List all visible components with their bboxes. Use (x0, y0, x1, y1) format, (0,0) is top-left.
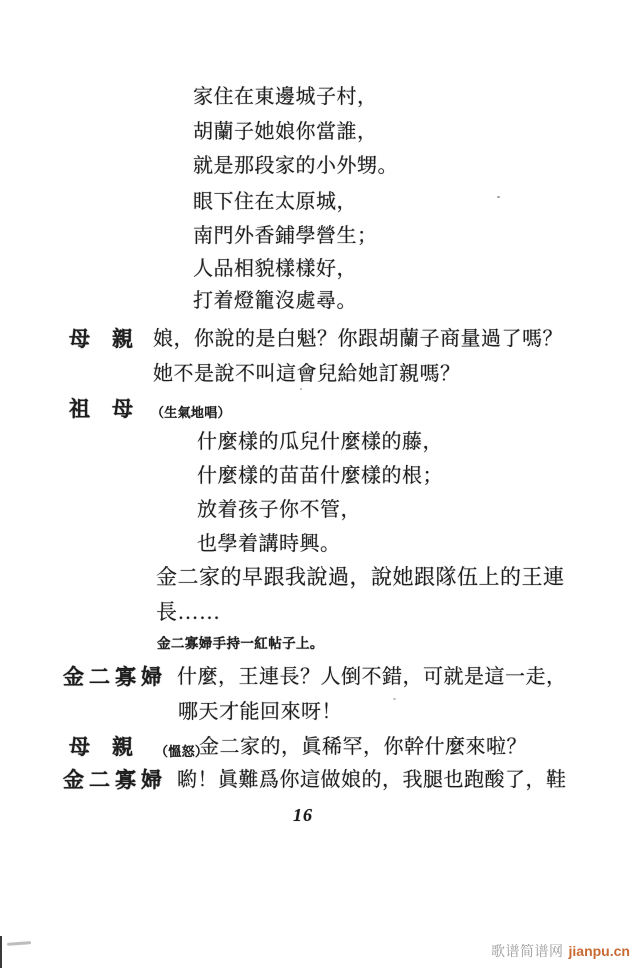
watermark-site-url: jianpu.cn (569, 943, 630, 959)
dialogue-line: 娘，你說的是白魁？你跟胡蘭子商量過了嗎？ (153, 328, 563, 350)
scanned-script-page: 家住在東邊城子村， 胡蘭子她娘你當誰， 就是那段家的小外甥。 眼下住在太原城， … (0, 0, 640, 968)
verse-line: 放着孩子你不管， (197, 499, 361, 521)
scan-artifact-dot (300, 388, 302, 390)
dialogue-line: 她不是說不叫這會兒給她訂親嗎？ (153, 363, 461, 385)
stage-direction: 金二寡婦手持一紅帖子上。 (157, 633, 324, 655)
verse-line: 人品相貌樣樣好， (193, 258, 357, 280)
speaker-name: 母 親 (69, 736, 134, 758)
verse-line: 也學着講時興。 (197, 533, 341, 555)
stage-direction-inline: （生氣地唱） (151, 402, 231, 424)
scan-artifact-dot (393, 698, 396, 700)
scan-artifact-edge (0, 936, 2, 968)
page-number: 16 (293, 805, 313, 826)
scan-artifact-dot (497, 196, 500, 198)
verse-line: 家住在東邊城子村， (193, 86, 378, 108)
verse-line: 胡蘭子她娘你當誰， (193, 121, 378, 143)
dialogue-line: 什麼，王連長？人倒不錯，可就是這一走， (177, 666, 567, 688)
speaker-name: 母 親 (69, 328, 134, 350)
verse-line: 什麼樣的瓜兒什麼樣的藤， (197, 431, 443, 453)
verse-line: 就是那段家的小外甥。 (193, 155, 398, 177)
watermark-site-name: 歌谱简谱网 (491, 943, 564, 959)
scan-artifact-smudge (7, 941, 31, 946)
speech-line: 長…… (156, 601, 221, 623)
watermark: 歌谱简谱网jianpu.cn (491, 941, 630, 961)
speaker-name: 金二寡婦 (63, 666, 167, 688)
verse-line: 南門外香鋪學營生； (193, 225, 378, 247)
dialogue-line: 金二家的，眞稀罕，你幹什麼來啦？ (199, 736, 527, 758)
dialogue-line: 喲！眞難爲你這做娘的，我腿也跑酸了，鞋 (177, 769, 567, 791)
speaker-name: 祖 母 (69, 398, 134, 420)
verse-line: 眼下住在太原城， (193, 191, 357, 213)
verse-line: 什麼樣的苗苗什麼樣的根； (197, 465, 443, 487)
dialogue-line: 哪天才能回來呀！ (178, 701, 342, 723)
verse-line: 打着燈籠沒處尋。 (193, 290, 357, 312)
speech-line: 金二家的早跟我說過，說她跟隊伍上的王連 (156, 566, 565, 588)
speaker-name: 金二寡婦 (63, 769, 167, 791)
